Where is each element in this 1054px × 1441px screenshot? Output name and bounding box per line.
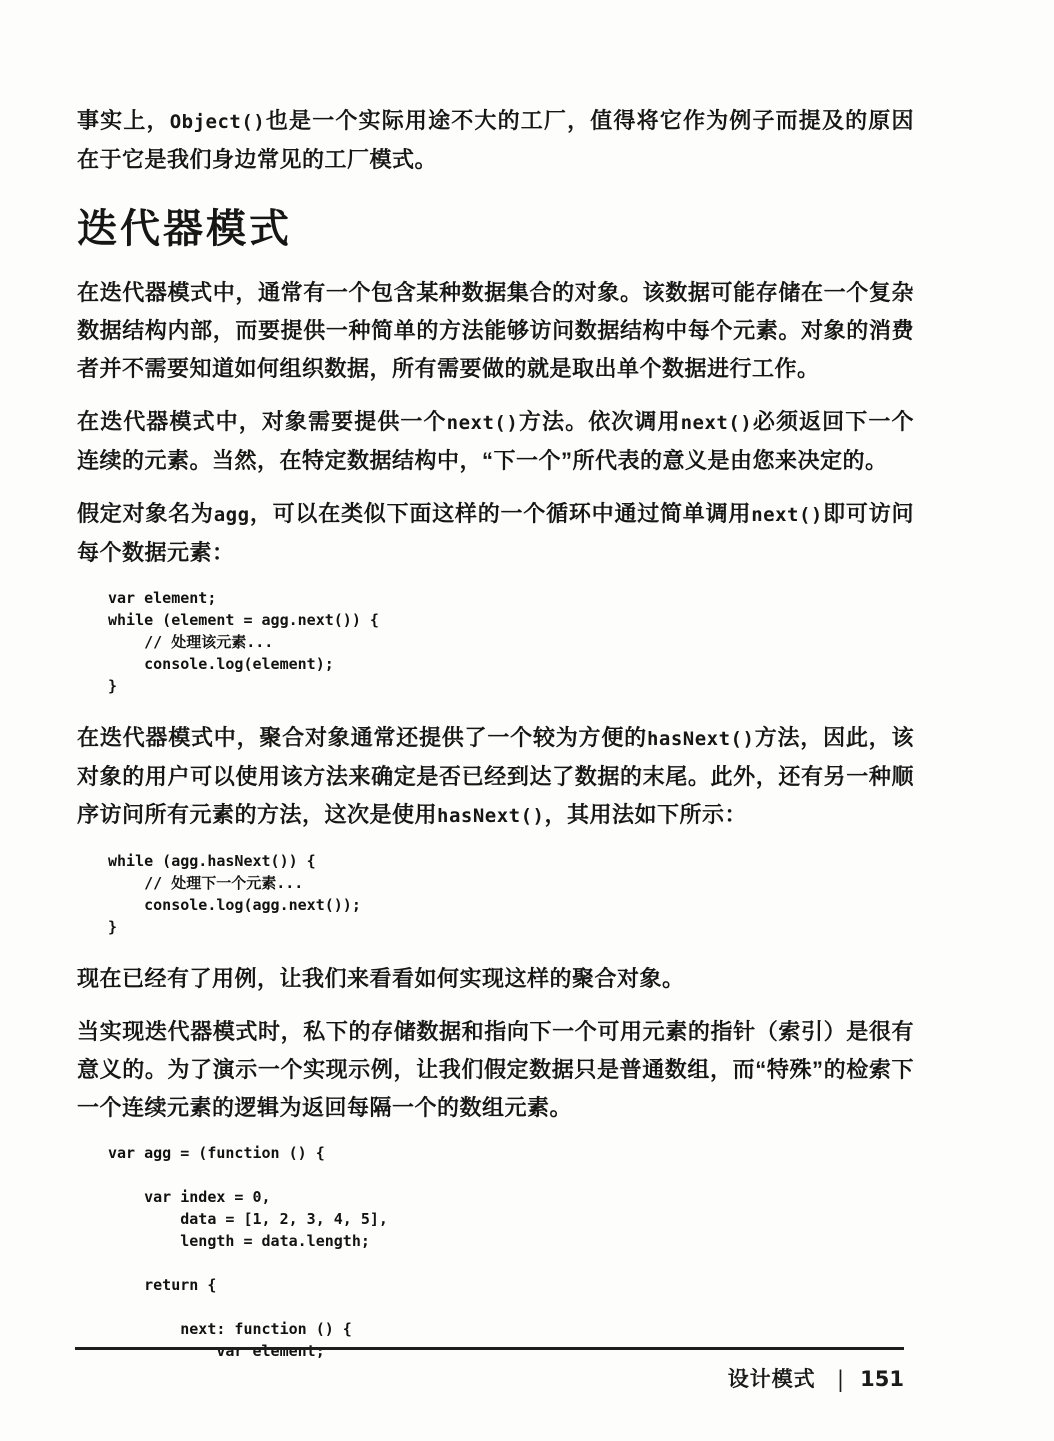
code-block-hasnext-loop: while (agg.hasNext()) { // 处理下一个元素... co… — [108, 850, 914, 938]
paragraph-agg-loop: 假定对象名为agg，可以在类似下面这样的一个循环中通过简单调用next()即可访… — [77, 495, 914, 572]
section-heading-iterator-pattern: 迭代器模式 — [77, 205, 914, 253]
paragraph-factory-intro: 事实上，Object()也是一个实际用途不大的工厂，值得将它作为例子而提及的原因… — [77, 102, 914, 179]
paragraph-overview: 在迭代器模式中，通常有一个包含某种数据集合的对象。该数据可能存储在一个复杂数据结… — [77, 274, 914, 388]
footer-rule — [75, 1347, 904, 1350]
code-block-agg-implementation: var agg = (function () { var index = 0, … — [108, 1142, 914, 1362]
code-block-next-loop: var element; while (element = agg.next()… — [108, 587, 914, 697]
footer-text: 设计模式|151 — [75, 1363, 904, 1393]
footer-separator: | — [838, 1366, 844, 1394]
footer-page-number: 151 — [860, 1367, 904, 1391]
page-content: 事实上，Object()也是一个实际用途不大的工厂，值得将它作为例子而提及的原因… — [0, 0, 1054, 1362]
book-page: 事实上，Object()也是一个实际用途不大的工厂，值得将它作为例子而提及的原因… — [0, 0, 1054, 1441]
paragraph-hasnext: 在迭代器模式中，聚合对象通常还提供了一个较为方便的hasNext()方法，因此，… — [77, 719, 914, 835]
footer-chapter-title: 设计模式 — [728, 1368, 816, 1391]
paragraph-next-method: 在迭代器模式中，对象需要提供一个next()方法。依次调用next()必须返回下… — [77, 403, 914, 480]
page-footer: 设计模式|151 — [75, 1347, 904, 1393]
paragraph-use-case: 现在已经有了用例，让我们来看看如何实现这样的聚合对象。 — [77, 960, 914, 998]
paragraph-implementation: 当实现迭代器模式时，私下的存储数据和指向下一个可用元素的指针（索引）是很有意义的… — [77, 1013, 914, 1127]
